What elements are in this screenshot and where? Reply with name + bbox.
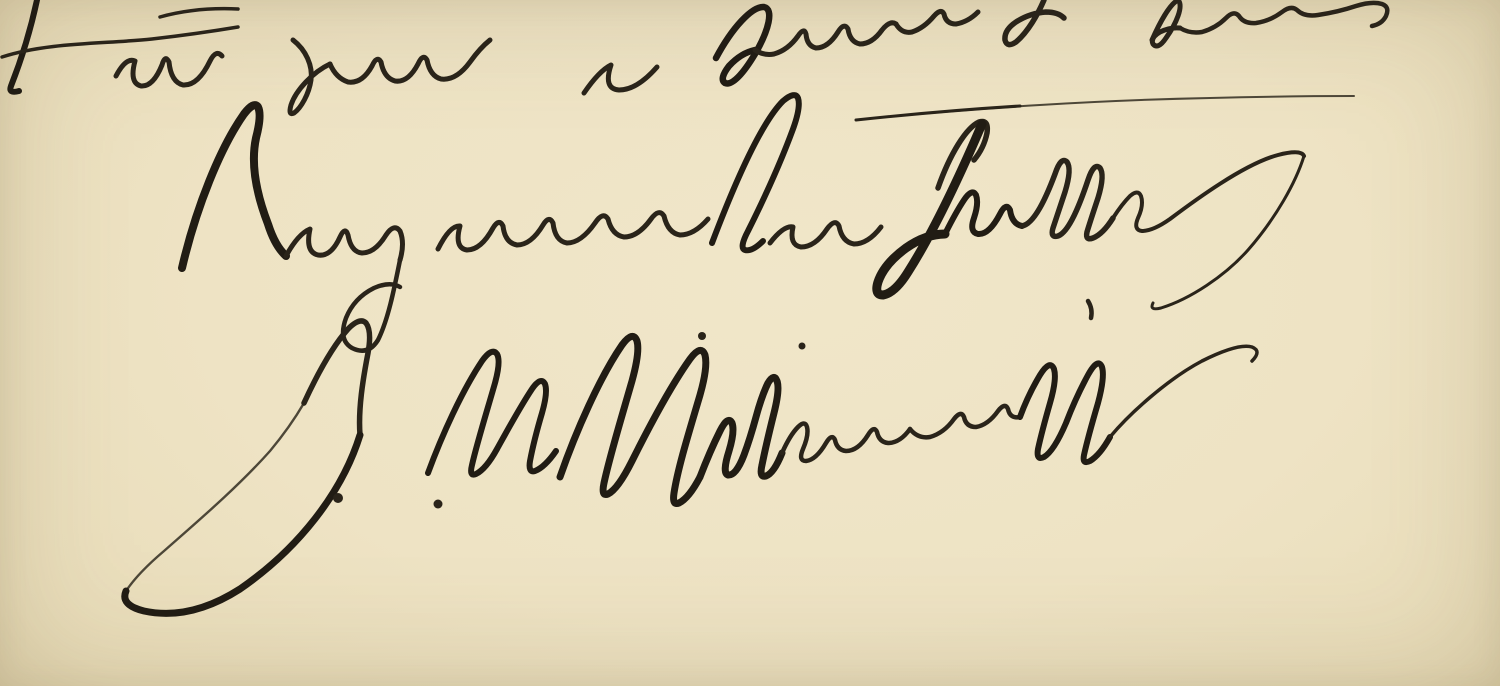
handwriting-svg [0, 0, 1500, 686]
paper-grain-texture [0, 0, 1500, 686]
manuscript-page: t in your hand here Very respectfully J.… [0, 0, 1500, 686]
